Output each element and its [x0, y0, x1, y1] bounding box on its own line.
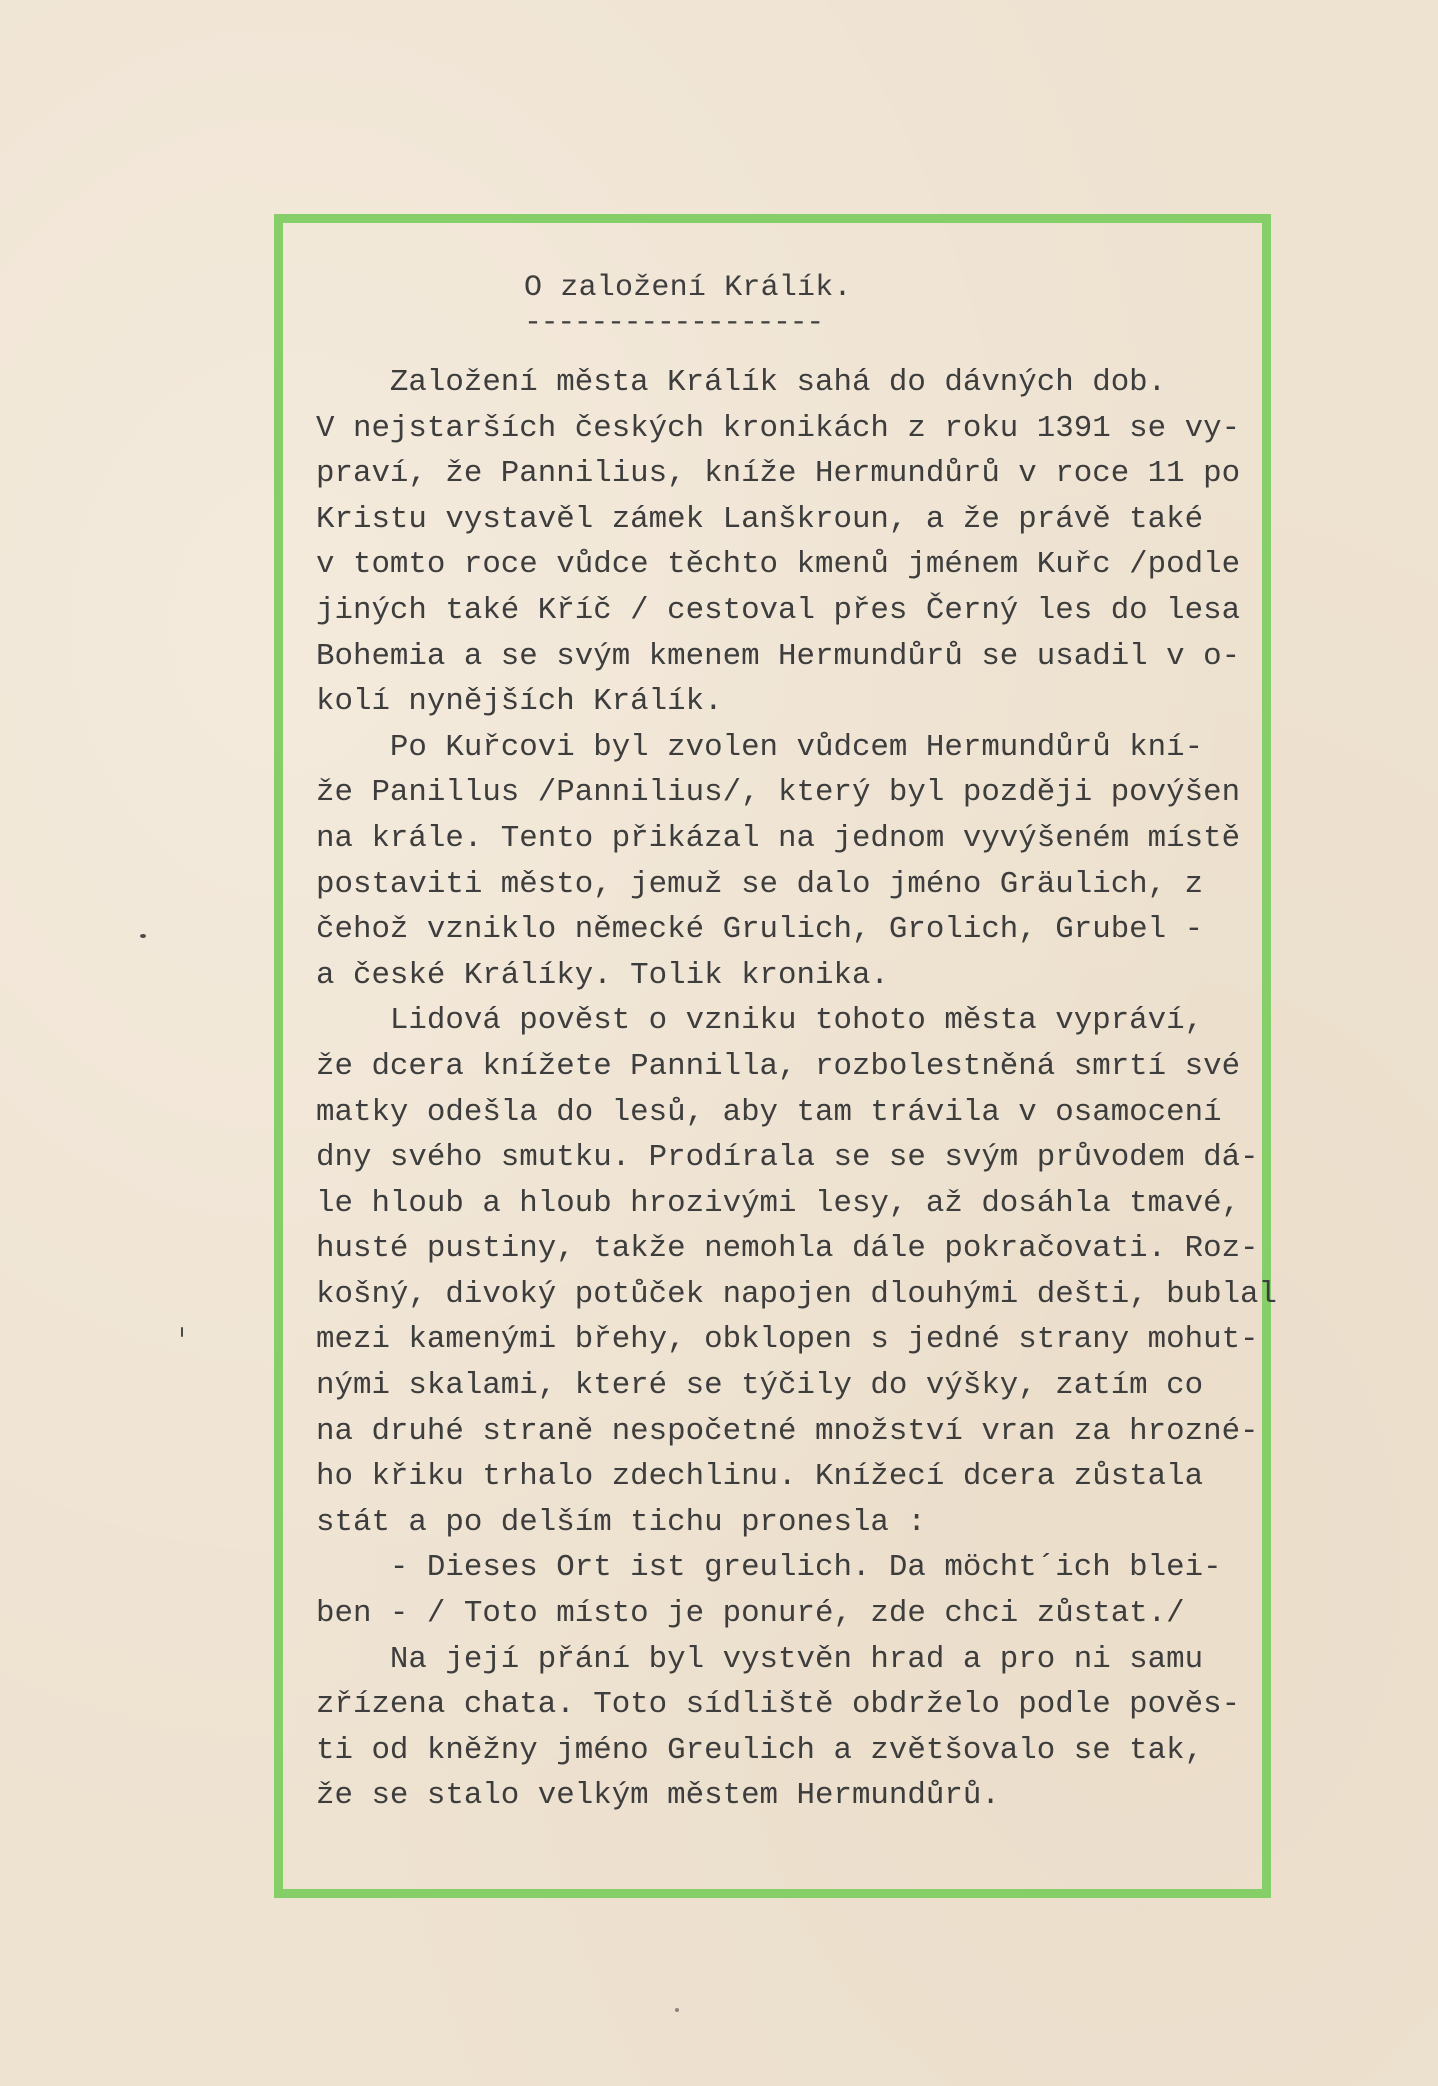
text-line: že dcera knížete Pannilla, rozbolestněná… — [316, 1044, 1277, 1090]
text-line: V nejstarších českých kronikách z roku 1… — [316, 406, 1277, 452]
text-line: nými skalami, které se týčily do výšky, … — [316, 1363, 1277, 1409]
text-line: ben - / Toto místo je ponuré, zde chci z… — [316, 1591, 1277, 1637]
text-line: Založení města Králík sahá do dávných do… — [316, 360, 1277, 406]
typewritten-body: Založení města Králík sahá do dávných do… — [316, 360, 1277, 1819]
text-line: Lidová pověst o vzniku tohoto města vypr… — [316, 998, 1277, 1044]
text-line: jiných také Kříč / cestoval přes Černý l… — [316, 588, 1277, 634]
text-line: matky odešla do lesů, aby tam trávila v … — [316, 1090, 1277, 1136]
text-line: ho křiku trhalo zdechlinu. Knížecí dcera… — [316, 1454, 1277, 1500]
text-line: le hloub a hloub hrozivými lesy, až dosá… — [316, 1181, 1277, 1227]
text-line: praví, že Pannilius, kníže Hermundůrů v … — [316, 451, 1277, 497]
text-line: že Panillus /Pannilius/, který byl pozdě… — [316, 770, 1277, 816]
text-line: kolí nynějších Králík. — [316, 679, 1277, 725]
title-underline: ------------------ — [524, 318, 823, 328]
text-line: postaviti město, jemuž se dalo jméno Grä… — [316, 862, 1277, 908]
text-line: čehož vzniklo německé Grulich, Grolich, … — [316, 907, 1277, 953]
text-line: husté pustiny, takže nemohla dále pokrač… — [316, 1226, 1277, 1272]
paper-speck — [181, 1327, 183, 1337]
text-line: Po Kuřcovi byl zvolen vůdcem Hermundůrů … — [316, 725, 1277, 771]
text-line: na druhé straně nespočetné množství vran… — [316, 1409, 1277, 1455]
paper-speck — [140, 934, 146, 938]
page-title: O založení Králík. — [524, 270, 852, 306]
text-line: zřízena chata. Toto sídliště obdrželo po… — [316, 1682, 1277, 1728]
text-line: v tomto roce vůdce těchto kmenů jménem K… — [316, 542, 1277, 588]
text-line: - Dieses Ort ist greulich. Da möcht´ich … — [316, 1545, 1277, 1591]
text-line: dny svého smutku. Prodírala se se svým p… — [316, 1135, 1277, 1181]
text-line: ti od kněžny jméno Greulich a zvětšovalo… — [316, 1728, 1277, 1774]
text-line: na krále. Tento přikázal na jednom vyvýš… — [316, 816, 1277, 862]
text-line: košný, divoký potůček napojen dlouhými d… — [316, 1272, 1277, 1318]
text-line: Bohemia a se svým kmenem Hermundůrů se u… — [316, 634, 1277, 680]
text-line: Kristu vystavěl zámek Lanškroun, a že pr… — [316, 497, 1277, 543]
text-line: že se stalo velkým městem Hermundůrů. — [316, 1773, 1277, 1819]
text-line: stát a po delším tichu pronesla : — [316, 1500, 1277, 1546]
text-line: a české Králíky. Tolik kronika. — [316, 953, 1277, 999]
text-line: Na její přání byl vystvěn hrad a pro ni … — [316, 1637, 1277, 1683]
paper-speck — [675, 2008, 679, 2012]
text-line: mezi kamenými břehy, obklopen s jedné st… — [316, 1317, 1277, 1363]
